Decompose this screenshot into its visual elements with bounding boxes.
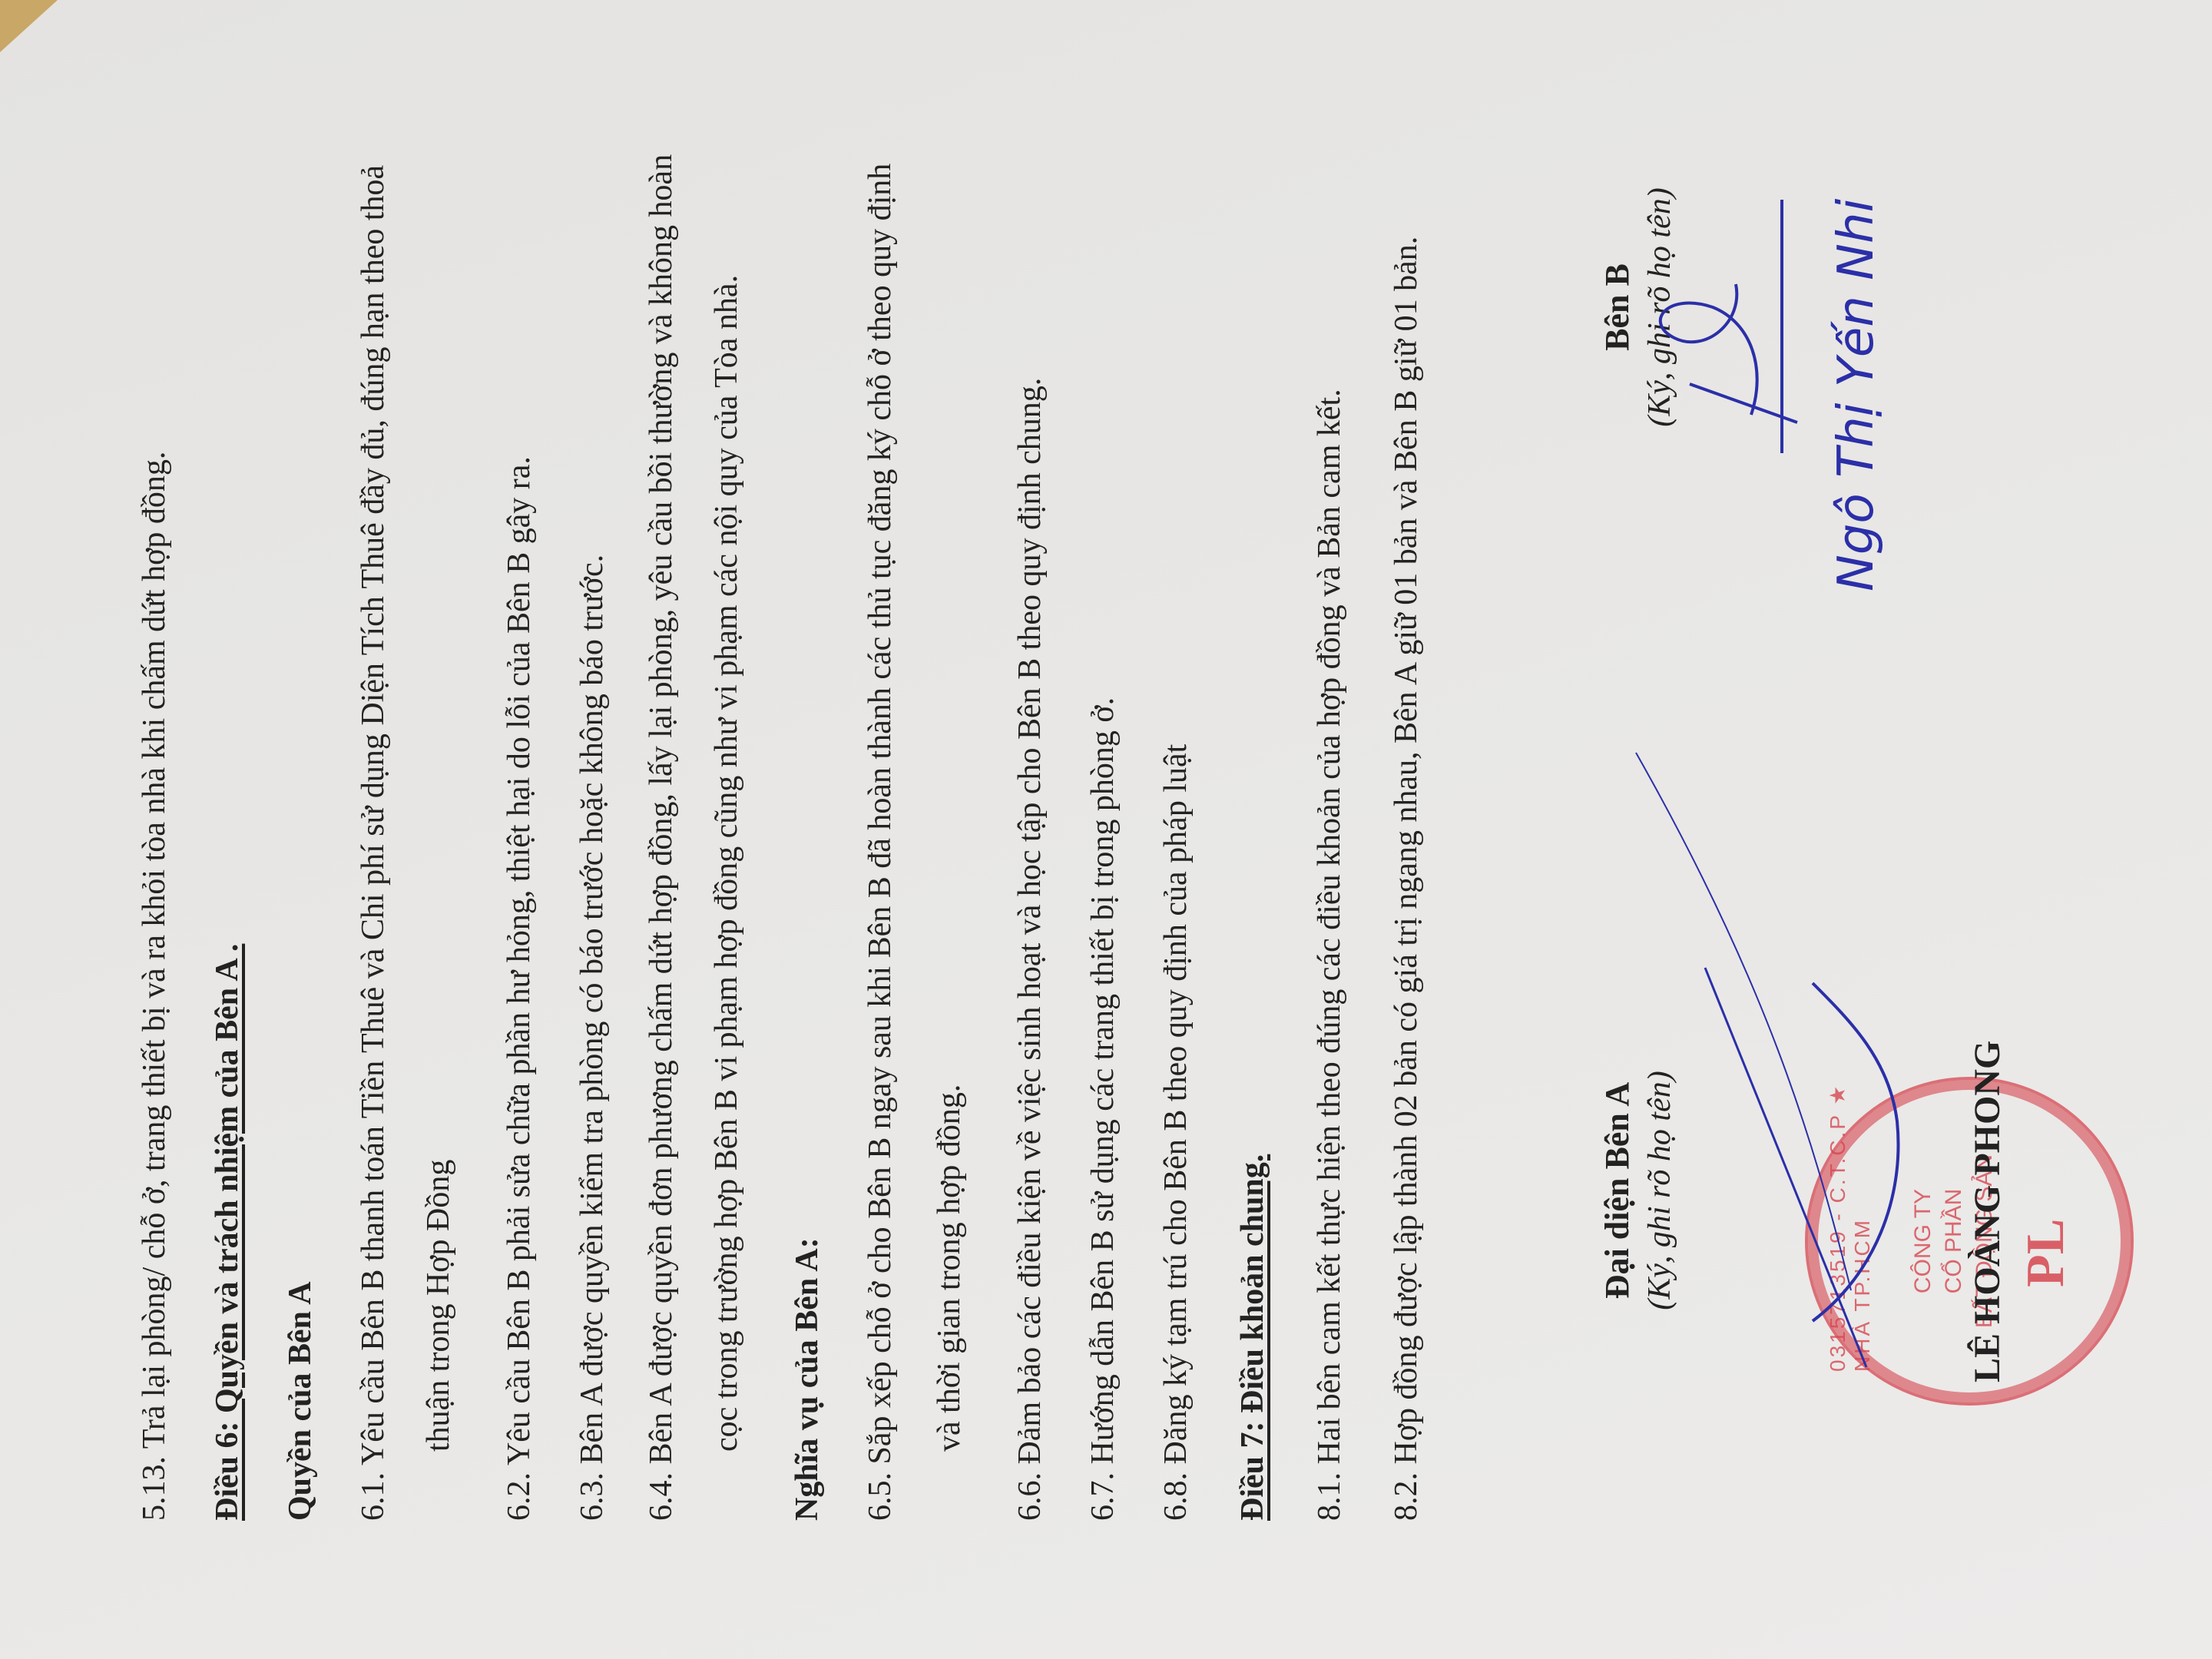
rights-heading: Quyền của Bên A (284, 1281, 316, 1521)
clause-8-2: 8.2. Hợp đồng được lập thành 02 bản có g… (1390, 237, 1422, 1521)
party-b-title: Bên B (1598, 38, 1637, 576)
clause-6-6: 6.6. Đảm bảo các điều kiện về việc sinh … (1014, 378, 1046, 1521)
party-b-handwritten-name: Ngô Thị Yến Nhi (1828, 199, 1885, 591)
clause-8-1: 8.1. Hai bên cam kết thực hiện theo đúng… (1313, 389, 1346, 1521)
clause-6-4-cont: cọc trong trường hợp Bên B vi phạm hợp đ… (710, 275, 743, 1452)
clause-6-4: 6.4. Bên A được quyền đơn phương chấm dứ… (645, 154, 677, 1521)
clause-6-2: 6.2. Yêu cầu Bên B phải sửa chữa phần hư… (503, 456, 535, 1521)
stamp-ring-text: 0315713519 - C.T.C.P ★ NHÀ TP.HCM (1825, 1080, 1875, 1372)
clause-6-5-cont: và thời gian trong hợp đồng. (933, 1084, 965, 1452)
clause-6-3: 6.3. Bên A được quyền kiểm tra phòng có … (576, 555, 608, 1521)
article-7-heading: Điều 7: Điều khoản chung. (1237, 1154, 1269, 1521)
stamp-line: CÔNG TY (1908, 1080, 1939, 1402)
party-a-title: Đại diện Bên A (1598, 922, 1637, 1459)
contract-page: 5.13. Trả lại phòng/ chỗ ở, trang thiết … (0, 0, 2212, 1659)
party-b-signature-block: Bên B (Ký, ghi rõ họ tên) (1598, 38, 1678, 576)
stamp-line: CỔ PHẦN (1939, 1080, 1969, 1402)
clause-6-1-cont: thuận trong Hợp Đồng (422, 1160, 455, 1452)
party-b-signature-stroke (1661, 284, 1797, 422)
article-6-heading: Điều 6: Quyền và trách nhiệm của Bên A . (211, 944, 243, 1521)
stamp-logo: PL (2015, 1219, 2077, 1287)
clause-6-7: 6.7. Hướng dẫn Bên B sử dụng các trang t… (1087, 697, 1119, 1521)
clause-6-8: 6.8. Đăng ký tạm trú cho Bên B theo quy … (1160, 744, 1192, 1521)
obligations-heading: Nghĩa vụ của Bên A: (791, 1237, 823, 1521)
party-a-printed-name: LÊ HOÀNG PHONG (1966, 1041, 2008, 1382)
clause-6-1: 6.1. Yêu cầu Bên B thanh toán Tiền Thuê … (357, 165, 389, 1521)
party-a-signature-block: Đại diện Bên A (Ký, ghi rõ họ tên) (1598, 922, 1678, 1459)
clause-5-13: 5.13. Trả lại phòng/ chỗ ở, trang thiết … (138, 452, 171, 1521)
party-b-note: (Ký, ghi rõ họ tên) (1641, 38, 1678, 576)
clause-6-5: 6.5. Sắp xếp chỗ ở cho Bên B ngay sau kh… (864, 164, 896, 1521)
party-a-note: (Ký, ghi rõ họ tên) (1641, 922, 1678, 1459)
